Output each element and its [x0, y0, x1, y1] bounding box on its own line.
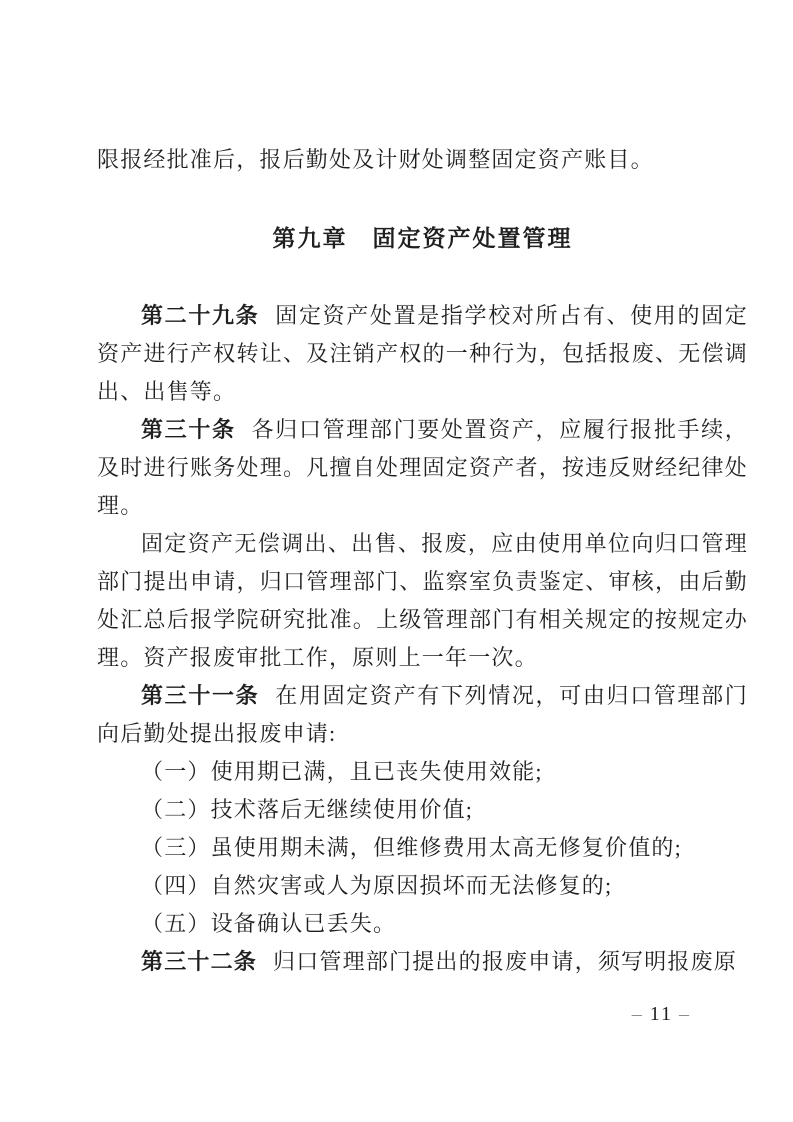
page-number-dash-left: –	[626, 1003, 650, 1025]
scrap-condition-item-2: （二）技术落后无继续使用价值;	[97, 791, 748, 829]
page-number: –11–	[626, 1000, 697, 1028]
paragraph-article-30: 第三十条各归口管理部门要处置资产，应履行报批手续，及时进行账务处理。凡擅自处理固…	[97, 411, 748, 525]
paragraph-disposal-procedure: 固定资产无偿调出、出售、报废，应由使用单位向归口管理部门提出申请，归口管理部门、…	[97, 525, 748, 677]
document-page: 限报经批准后，报后勤处及计财处调整固定资产账目。 第九章 固定资产处置管理 第二…	[0, 0, 793, 1122]
paragraph-article-29: 第二十九条固定资产处置是指学校对所占有、使用的固定资产进行产权转让、及注销产权的…	[97, 297, 748, 411]
document-body: 限报经批准后，报后勤处及计财处调整固定资产账目。 第九章 固定资产处置管理 第二…	[97, 141, 748, 981]
article-32-number: 第三十二条	[141, 949, 257, 974]
scrap-condition-item-4: （四）自然灾害或人为原因损坏而无法修复的;	[97, 867, 748, 905]
paragraph-article-32: 第三十二条归口管理部门提出的报废申请，须写明报废原	[97, 943, 748, 981]
chapter-heading: 第九章 固定资产处置管理	[97, 219, 748, 257]
article-29-number: 第二十九条	[141, 303, 259, 328]
scrap-condition-item-1: （一）使用期已满，且已丧失使用效能;	[97, 753, 748, 791]
article-31-number: 第三十一条	[141, 683, 259, 708]
scrap-condition-item-5: （五）设备确认已丢失。	[97, 905, 748, 943]
page-number-value: 11	[650, 1003, 673, 1025]
paragraph-article-31: 第三十一条在用固定资产有下列情况，可由归口管理部门向后勤处提出报废申请:	[97, 677, 748, 753]
paragraph-continuation: 限报经批准后，报后勤处及计财处调整固定资产账目。	[97, 141, 748, 179]
article-32-text: 归口管理部门提出的报废申请，须写明报废原	[273, 949, 737, 974]
page-number-dash-right: –	[673, 1003, 697, 1025]
scrap-condition-item-3: （三）虽使用期未满，但维修费用太高无修复价值的;	[97, 829, 748, 867]
scrap-condition-list: （一）使用期已满，且已丧失使用效能; （二）技术落后无继续使用价值; （三）虽使…	[97, 753, 748, 943]
article-30-number: 第三十条	[141, 417, 236, 442]
